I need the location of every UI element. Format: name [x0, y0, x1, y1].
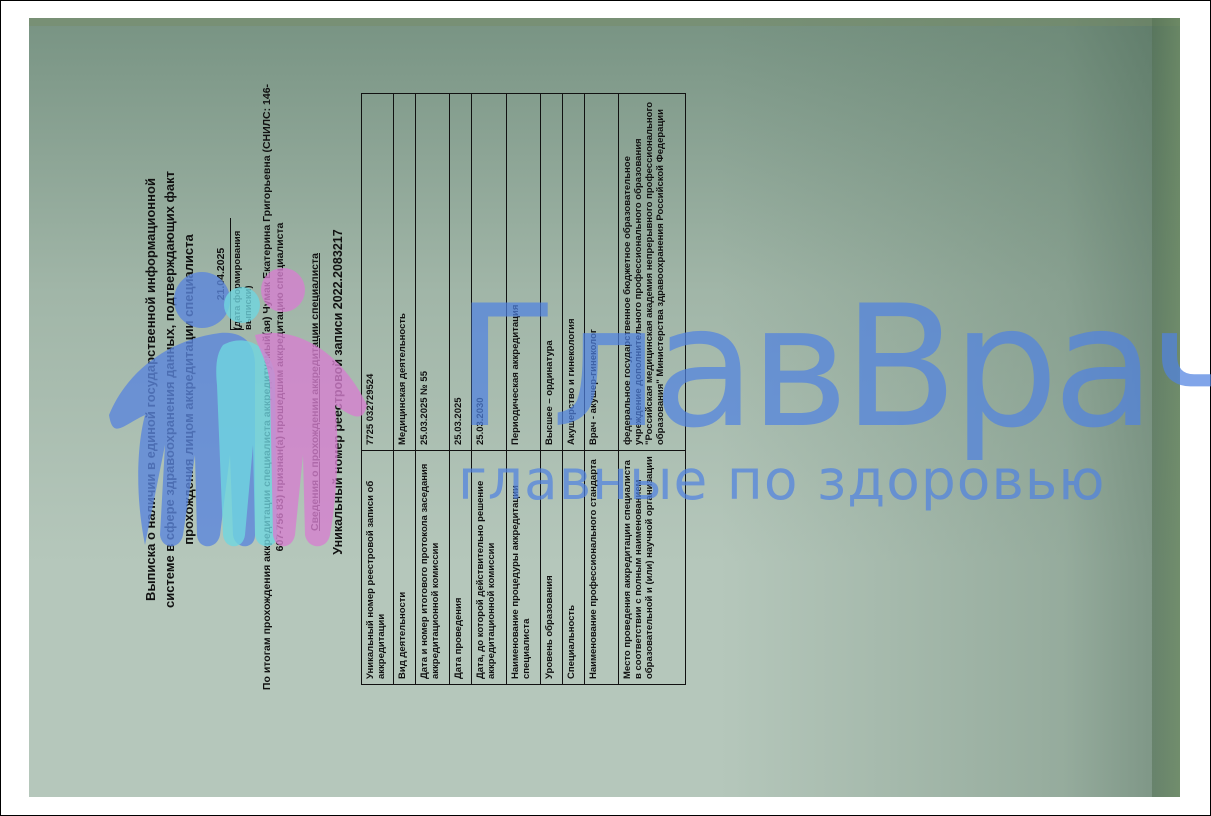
row-value: Медицинская деятельность [394, 94, 416, 451]
row-label: Дата и номер итогового протокола заседан… [416, 451, 450, 685]
brand-watermark: ГлавВрач [455, 282, 1211, 452]
tagline-watermark: главные по здоровью [458, 450, 1106, 510]
table-row: Дата и номер итогового протокола заседан… [416, 94, 450, 685]
people-logo-icon [105, 265, 370, 550]
row-label: Вид деятельности [394, 451, 416, 685]
row-value: 25.03.2025 № 55 [416, 94, 450, 451]
table-row: Вид деятельности Медицинская деятельност… [394, 94, 416, 685]
